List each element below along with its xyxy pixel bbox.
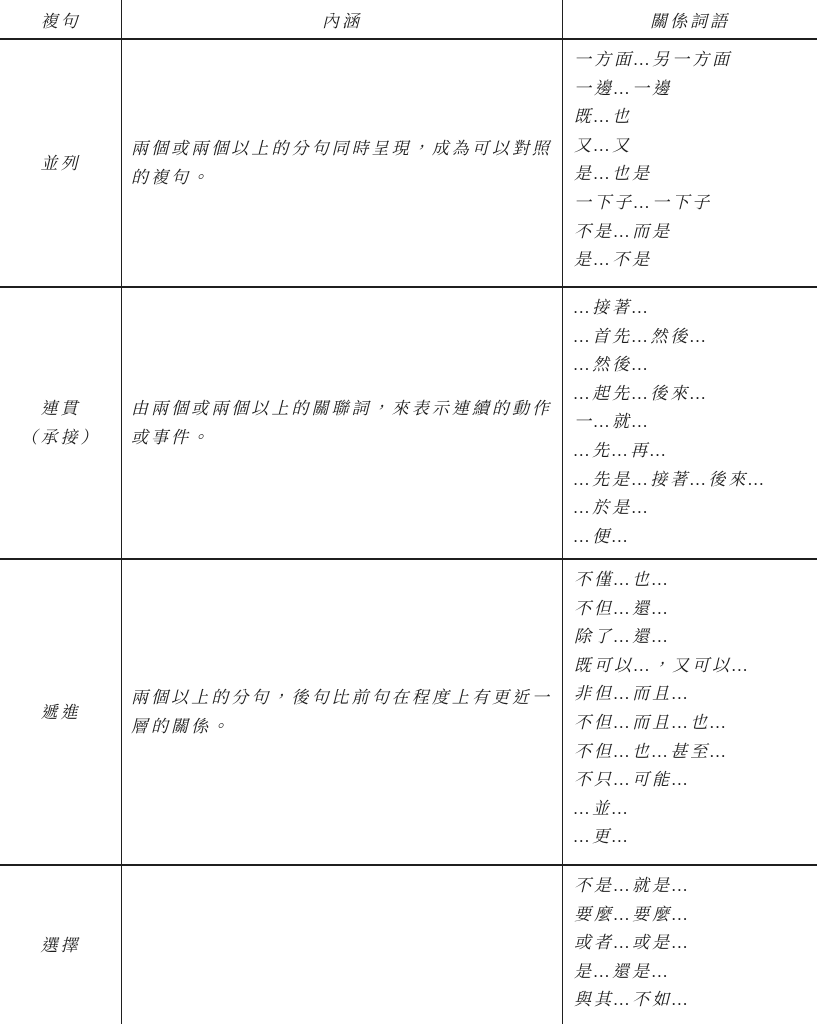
- relation-word: …更…: [574, 823, 811, 852]
- relation-word: …便…: [574, 523, 811, 552]
- relation-word: 不但…而且…也…: [574, 709, 811, 738]
- relation-word: 是…不是: [574, 246, 811, 275]
- row-type-label: 選擇: [41, 931, 81, 960]
- relation-word: 不是…而是: [574, 218, 811, 247]
- row-type-cell: 選擇: [0, 866, 122, 1024]
- relation-word: 要麼…要麼…: [574, 901, 811, 930]
- relation-word: 不但…還…: [574, 595, 811, 624]
- relation-word: 不僅…也…: [574, 566, 811, 595]
- row-meaning-text: 由兩個或兩個以上的關聯詞，來表示連續的動作或事件。: [122, 394, 562, 453]
- row-words-cell: 不是…就是…要麼…要麼…或者…或是…是…還是…與其…不如…: [563, 866, 817, 1024]
- header-compound-sentence: 複句: [0, 0, 122, 38]
- row-meaning-text: 兩個以上的分句，後句比前句在程度上有更近一層的關係。: [122, 683, 562, 742]
- relation-word: 不只…可能…: [574, 766, 811, 795]
- row-words-cell: …接著……首先…然後……然後……起先…後來…一…就……先…再……先是…接著…後來…: [563, 288, 817, 558]
- row-meaning-cell: [122, 866, 563, 1024]
- table-row-parallel: 並列 兩個或兩個以上的分句同時呈現，成為可以對照的複句。 一方面…另一方面一邊……: [0, 40, 817, 288]
- row-meaning-cell: 兩個以上的分句，後句比前句在程度上有更近一層的關係。: [122, 560, 563, 864]
- relation-word: 或者…或是…: [574, 929, 811, 958]
- table-header-row: 複句 內涵 關係詞語: [0, 0, 817, 40]
- relation-word: 不但…也…甚至…: [574, 738, 811, 767]
- header-relation-words: 關係詞語: [563, 0, 817, 38]
- relation-word: 不是…就是…: [574, 872, 811, 901]
- row-type-label: 遞進: [41, 698, 81, 727]
- compound-sentence-table: 複句 內涵 關係詞語 並列 兩個或兩個以上的分句同時呈現，成為可以對照的複句。 …: [0, 0, 817, 1024]
- row-meaning-cell: 兩個或兩個以上的分句同時呈現，成為可以對照的複句。: [122, 40, 563, 286]
- document-page: 複句 內涵 關係詞語 並列 兩個或兩個以上的分句同時呈現，成為可以對照的複句。 …: [0, 0, 817, 1024]
- relation-word: …於是…: [574, 494, 811, 523]
- table-row-progressive: 遞進 兩個以上的分句，後句比前句在程度上有更近一層的關係。 不僅…也…不但…還……: [0, 560, 817, 866]
- relation-word: 是…還是…: [574, 958, 811, 987]
- row-type-label: 並列: [41, 149, 81, 178]
- row-type-cell: 並列: [0, 40, 122, 286]
- relation-word: 一…就…: [574, 408, 811, 437]
- relation-word: 既…也: [574, 103, 811, 132]
- relation-word: 非但…而且…: [574, 680, 811, 709]
- row-type-cell: 連貫 （承接）: [0, 288, 122, 558]
- row-words-cell: 一方面…另一方面一邊…一邊既…也又…又是…也是一下子…一下子不是…而是是…不是: [563, 40, 817, 286]
- relation-word: …然後…: [574, 351, 811, 380]
- row-words-cell: 不僅…也…不但…還…除了…還…既可以…，又可以…非但…而且…不但…而且…也…不但…: [563, 560, 817, 864]
- relation-word: 一下子…一下子: [574, 189, 811, 218]
- relation-word: …先…再…: [574, 437, 811, 466]
- table-row-alternative: 選擇 不是…就是…要麼…要麼…或者…或是…是…還是…與其…不如…: [0, 866, 817, 1024]
- relation-word: …接著…: [574, 294, 811, 323]
- relation-word: 又…又: [574, 132, 811, 161]
- row-type-sublabel: （承接）: [21, 423, 101, 452]
- relation-word: 與其…不如…: [574, 986, 811, 1015]
- row-meaning-cell: 由兩個或兩個以上的關聯詞，來表示連續的動作或事件。: [122, 288, 563, 558]
- relation-word: 除了…還…: [574, 623, 811, 652]
- row-type-label: 連貫: [41, 394, 81, 423]
- relation-word: …並…: [574, 795, 811, 824]
- relation-word: …起先…後來…: [574, 380, 811, 409]
- relation-word: …首先…然後…: [574, 323, 811, 352]
- row-type-cell: 遞進: [0, 560, 122, 864]
- relation-word: …先是…接著…後來…: [574, 466, 811, 495]
- relation-word: 既可以…，又可以…: [574, 652, 811, 681]
- table-row-sequential: 連貫 （承接） 由兩個或兩個以上的關聯詞，來表示連續的動作或事件。 …接著……首…: [0, 288, 817, 560]
- header-meaning: 內涵: [122, 0, 563, 38]
- relation-word: 一邊…一邊: [574, 75, 811, 104]
- relation-word: 一方面…另一方面: [574, 46, 811, 75]
- relation-word: 是…也是: [574, 160, 811, 189]
- row-meaning-text: 兩個或兩個以上的分句同時呈現，成為可以對照的複句。: [122, 134, 562, 193]
